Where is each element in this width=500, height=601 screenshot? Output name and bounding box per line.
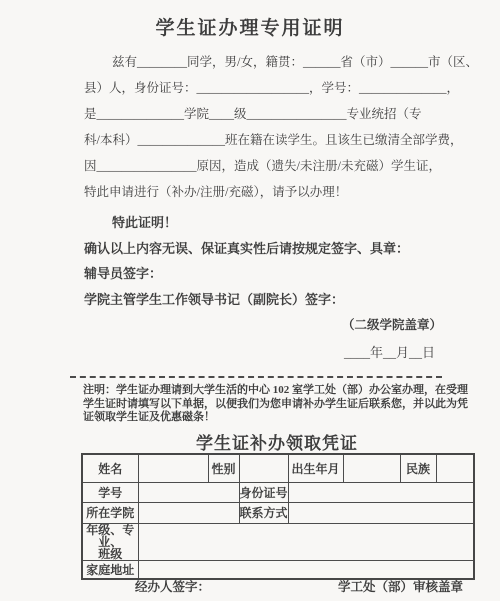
name-value-cell xyxy=(138,454,208,482)
counselor-signature-label: 辅导员签字： xyxy=(84,263,162,282)
hereby-statement: 特此证明！ xyxy=(112,212,177,231)
body-line: 科/本科）______________班在籍在读学生。且该生已缴清全部学费， xyxy=(84,127,478,153)
birth-label: 出生年月 xyxy=(288,454,343,482)
note-text: 注明：学生证办理请到大学生活的中心 102 室学工处（部）办公室办理，在受理 学… xyxy=(83,384,468,425)
college-seal-label: （二级学院盖章） xyxy=(342,315,442,333)
table-row: 所在学院 联系方式 xyxy=(82,502,474,523)
certificate-body: 兹有________同学，男/女，籍贯：______省（市）______市（区、… xyxy=(84,49,478,205)
note-line: 证领取学生证及优惠磁条！ xyxy=(83,411,468,425)
home-address-label: 家庭地址 xyxy=(82,560,138,579)
gender-label: 性别 xyxy=(208,454,239,482)
id-card-value-cell xyxy=(288,482,474,502)
body-line: 兹有________同学，男/女，籍贯：______省（市）______市（区、 xyxy=(84,49,478,75)
confirm-instruction: 确认以上内容无误、保证真实性后请按规定签字、具章： xyxy=(84,238,409,257)
college-label: 所在学院 xyxy=(82,502,138,523)
name-label: 姓名 xyxy=(82,454,138,482)
body-line: 县）人，身份证号：__________________，学号：_________… xyxy=(84,75,478,101)
table-row: 年级、专业、 班级 xyxy=(82,523,474,560)
voucher-table: 姓名 性别 出生年月 民族 学号 身份证号 所在学院 联系方式 年级、专业、 班… xyxy=(81,453,475,580)
student-id-label: 学号 xyxy=(82,482,138,502)
leader-signature-label: 学院主管学生工作领导书记（副院长）签字： xyxy=(84,289,344,308)
college-value-cell xyxy=(138,502,239,523)
review-seal-label: 学工处（部）审核盖章 xyxy=(338,577,463,595)
ethnic-label: 民族 xyxy=(400,454,436,482)
grade-label-line1: 年级、专业、 xyxy=(83,524,138,548)
id-card-label: 身份证号 xyxy=(239,482,288,502)
tear-off-dashed-divider xyxy=(70,376,442,378)
grade-major-class-value-cell xyxy=(138,523,474,560)
note-line: 学生证时请填写以下单据，以便我们为您申请补办学生证后联系您，并以此为凭 xyxy=(83,398,468,412)
body-line: 是______________学院____级________________专业… xyxy=(84,101,478,127)
body-line: 因________________原因，造成（遗失/未注册/未充磁）学生证， xyxy=(84,153,478,179)
ethnic-value-cell xyxy=(436,454,474,482)
student-id-value-cell xyxy=(138,482,239,502)
date-blank-line: ____年__月__日 xyxy=(344,342,435,361)
certificate-document: 学生证办理专用证明 兹有________同学，男/女，籍贯：______省（市）… xyxy=(0,0,500,601)
contact-value-cell xyxy=(288,502,474,523)
handler-signature-label: 经办人签字： xyxy=(135,577,210,595)
body-line: 特此申请进行（补办/注册/充磁），请予以办理！ xyxy=(84,179,478,205)
birth-value-cell xyxy=(343,454,400,482)
certificate-title: 学生证办理专用证明 xyxy=(0,13,500,40)
gender-value-cell xyxy=(239,454,288,482)
table-row: 姓名 性别 出生年月 民族 xyxy=(82,454,474,482)
note-line: 注明：学生证办理请到大学生活的中心 102 室学工处（部）办公室办理，在受理 xyxy=(83,384,468,398)
table-row: 学号 身份证号 xyxy=(82,482,474,502)
grade-label-line2: 班级 xyxy=(83,548,138,560)
grade-major-class-label: 年级、专业、 班级 xyxy=(82,523,138,560)
contact-label: 联系方式 xyxy=(239,502,288,523)
voucher-title: 学生证补办领取凭证 xyxy=(81,429,473,454)
